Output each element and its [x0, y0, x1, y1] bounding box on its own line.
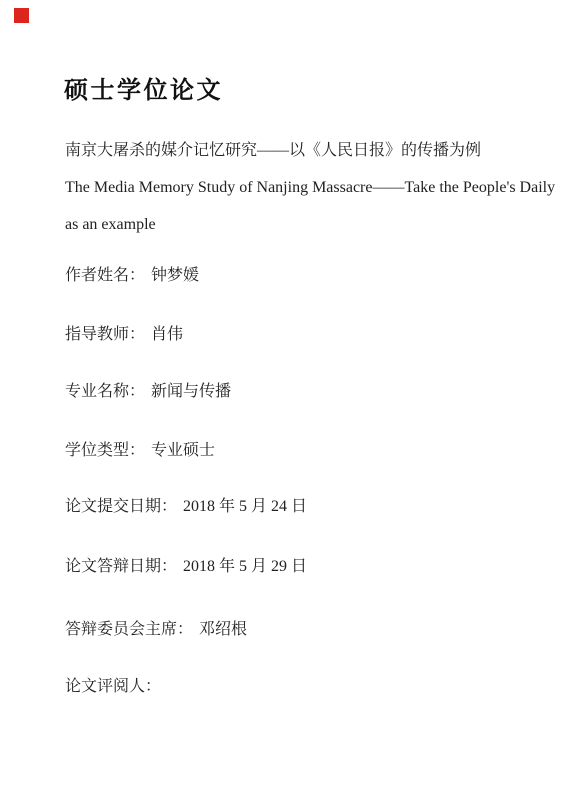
- major-value: 新闻与传播: [151, 383, 231, 400]
- thesis-cover-page: 硕士学位论文 南京大屠杀的媒介记忆研究——以《人民日报》的传播为例 The Me…: [0, 0, 566, 800]
- thesis-title-en-continued: as an example: [65, 206, 545, 243]
- field-row-author: 作者姓名：钟梦媛: [65, 262, 199, 285]
- advisor-label: 指导教师：: [65, 326, 145, 343]
- defense-date-value: 2018 年 5 月 29 日: [183, 558, 307, 575]
- degree-type-value: 专业硕士: [151, 442, 215, 459]
- field-row-submission-date: 论文提交日期：2018 年 5 月 24 日: [65, 493, 307, 516]
- field-row-reviewers: 论文评阅人：: [65, 673, 167, 696]
- red-square-icon: [14, 8, 29, 23]
- field-row-advisor: 指导教师：肖伟: [65, 321, 183, 344]
- field-row-major: 专业名称：新闻与传播: [65, 378, 231, 401]
- degree-type-label: 学位类型：: [65, 442, 145, 459]
- thesis-type-heading: 硕士学位论文: [64, 70, 223, 105]
- field-row-defense-date: 论文答辩日期：2018 年 5 月 29 日: [65, 553, 307, 576]
- advisor-value: 肖伟: [151, 326, 183, 343]
- author-value: 钟梦媛: [151, 267, 199, 284]
- thesis-title-block: 南京大屠杀的媒介记忆研究——以《人民日报》的传播为例 The Media Mem…: [65, 132, 545, 243]
- field-row-degree-type: 学位类型：专业硕士: [65, 437, 215, 460]
- reviewers-label: 论文评阅人：: [65, 678, 161, 695]
- submission-date-label: 论文提交日期：: [65, 498, 177, 515]
- thesis-title-zh: 南京大屠杀的媒介记忆研究——以《人民日报》的传播为例: [65, 132, 545, 169]
- committee-chair-value: 邓绍根: [199, 621, 247, 638]
- defense-date-label: 论文答辩日期：: [65, 558, 177, 575]
- field-row-committee-chair: 答辩委员会主席：邓绍根: [65, 616, 247, 639]
- major-label: 专业名称：: [65, 383, 145, 400]
- committee-chair-label: 答辩委员会主席：: [65, 621, 193, 638]
- submission-date-value: 2018 年 5 月 24 日: [183, 498, 307, 515]
- author-label: 作者姓名：: [65, 267, 145, 284]
- thesis-title-en: The Media Memory Study of Nanjing Massac…: [65, 169, 545, 206]
